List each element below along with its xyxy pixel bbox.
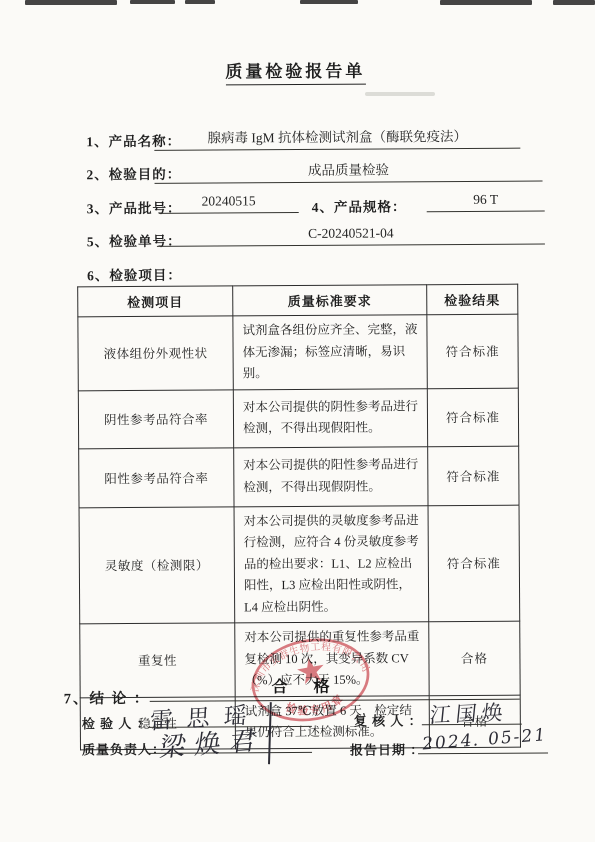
col-header-requirement: 质量标准要求 — [233, 285, 427, 316]
item-name: 阴性参考品符合率 — [78, 389, 233, 448]
item-requirement: 试剂盒各组份应齐全、完整，液体无渗漏；标签应清晰，易识别。 — [233, 315, 427, 390]
report-number-value: C-20240521-04 — [157, 224, 545, 246]
inspection-purpose-value: 成品质量检验 — [154, 157, 542, 183]
seal-caption: 检验专用章 — [282, 689, 349, 722]
inspection-items-label: 6、检验项目： — [87, 264, 182, 285]
product-spec-value: 96 T — [427, 191, 545, 212]
report-title: 质量检验报告单 — [0, 55, 593, 84]
report-date-label: 报告日期 ： — [350, 739, 424, 758]
item-result: 符合标准 — [427, 388, 518, 447]
table-row: 灵敏度（检测限） 对本公司提供的灵敏度参考品进行检测，应符合 4 份灵敏度参考品… — [79, 505, 520, 624]
seal-star-icon — [295, 655, 326, 685]
reviewer-signature: 江国焕 — [428, 696, 509, 729]
conclusion-label: 7、结 论 ： — [64, 687, 151, 709]
svg-text:检验专用章: 检验专用章 — [282, 689, 349, 722]
item-name: 阳性参考品符合率 — [79, 447, 234, 507]
scanned-report-page: 质量检验报告单 1、产品名称： 腺病毒 IgM 抗体检测试剂盒（酶联免疫法） 2… — [0, 0, 595, 842]
table-row: 阳性参考品符合率 对本公司提供的阳性参考品进行检测，不得出现假阴性。 符合标准 — [79, 446, 519, 508]
batch-number-value: 20240515 — [159, 193, 299, 214]
item-result: 符合标准 — [427, 314, 518, 388]
item-requirement: 对本公司提供的灵敏度参考品进行检测，应符合 4 份灵敏度参考品的检出要求：L1、… — [234, 505, 429, 623]
item-result: 符合标准 — [428, 446, 519, 506]
item-name: 灵敏度（检测限） — [79, 506, 235, 623]
table-row: 液体组份外观性状 试剂盒各组份应齐全、完整，液体无渗漏；标签应清晰，易识别。 符… — [78, 314, 518, 390]
item-result: 符合标准 — [428, 505, 520, 622]
document-content: 质量检验报告单 1、产品名称： 腺病毒 IgM 抗体检测试剂盒（酶联免疫法） 2… — [0, 0, 595, 842]
table-header-row: 检测项目 质量标准要求 检验结果 — [78, 284, 518, 317]
report-title-text: 质量检验报告单 — [225, 62, 365, 86]
col-header-result: 检验结果 — [427, 284, 518, 315]
product-spec-label: 4、产品规格： — [312, 195, 407, 216]
col-header-item: 检测项目 — [78, 286, 233, 317]
item-requirement: 对本公司提供的阳性参考品进行检测，不得出现假阴性。 — [234, 446, 428, 506]
table-row: 阴性参考品符合率 对本公司提供的阴性参考品进行检测，不得出现假阳性。 符合标准 — [78, 388, 518, 449]
product-name-value: 腺病毒 IgM 抗体检测试剂盒（酶联免疫法） — [154, 125, 520, 151]
inspector-label: 检 验 人 ： — [82, 713, 151, 732]
item-name: 液体组份外观性状 — [78, 316, 233, 390]
item-requirement: 对本公司提供的阴性参考品进行检测，不得出现假阳性。 — [233, 388, 427, 447]
